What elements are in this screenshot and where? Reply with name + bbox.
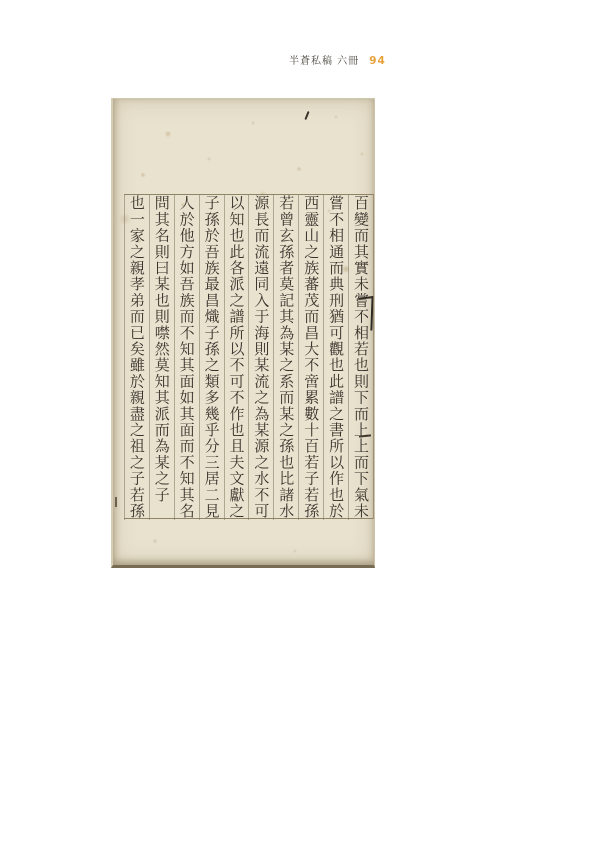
text-column-7: 子孫於吾族最昌熾子孫之類多幾乎分三居二見 bbox=[199, 195, 224, 520]
ink-tick-mark bbox=[304, 111, 309, 120]
text-column-4: 若曾玄孫者莫記其為某之系而某之孫也比諸水 bbox=[273, 195, 298, 520]
text-column-8: 人於他方如吾族而不知其面如其面而不知其名 bbox=[174, 195, 199, 520]
text-column-6: 以知也此各派之譜所以不可不作也且夫文獻之 bbox=[224, 195, 249, 520]
text-grid: 百變而其實未嘗不相若也則下而上上而下氣未 嘗不相通而典刑猶可觀也此譜之書所以作也… bbox=[124, 194, 374, 519]
manuscript-scan: 百變而其實未嘗不相若也則下而上上而下氣未 嘗不相通而典刑猶可觀也此譜之書所以作也… bbox=[111, 98, 375, 568]
text-column-2: 嘗不相通而典刑猶可觀也此譜之書所以作也於 bbox=[323, 195, 348, 520]
text-column-3: 西靈山之族蕃茂而昌大不啻累數十百若子若孫 bbox=[298, 195, 323, 520]
text-column-5: 源長而流遠同入于海則某流之為某源之水不可 bbox=[248, 195, 273, 520]
volume-title: 半蒼私稿 六冊 bbox=[289, 52, 359, 67]
left-margin-mark bbox=[115, 497, 117, 507]
page-number: 94 bbox=[369, 55, 386, 67]
text-column-1: 百變而其實未嘗不相若也則下而上上而下氣未 bbox=[348, 195, 373, 520]
text-column-9: 問其名則曰某也則噤然莫知其派而為某之子 bbox=[149, 195, 174, 520]
text-column-10: 也一家之親孝弟而已矣雖於親盡之祖之子若孫 bbox=[124, 195, 149, 520]
page-header: 半蒼私稿 六冊 94 bbox=[289, 52, 386, 67]
